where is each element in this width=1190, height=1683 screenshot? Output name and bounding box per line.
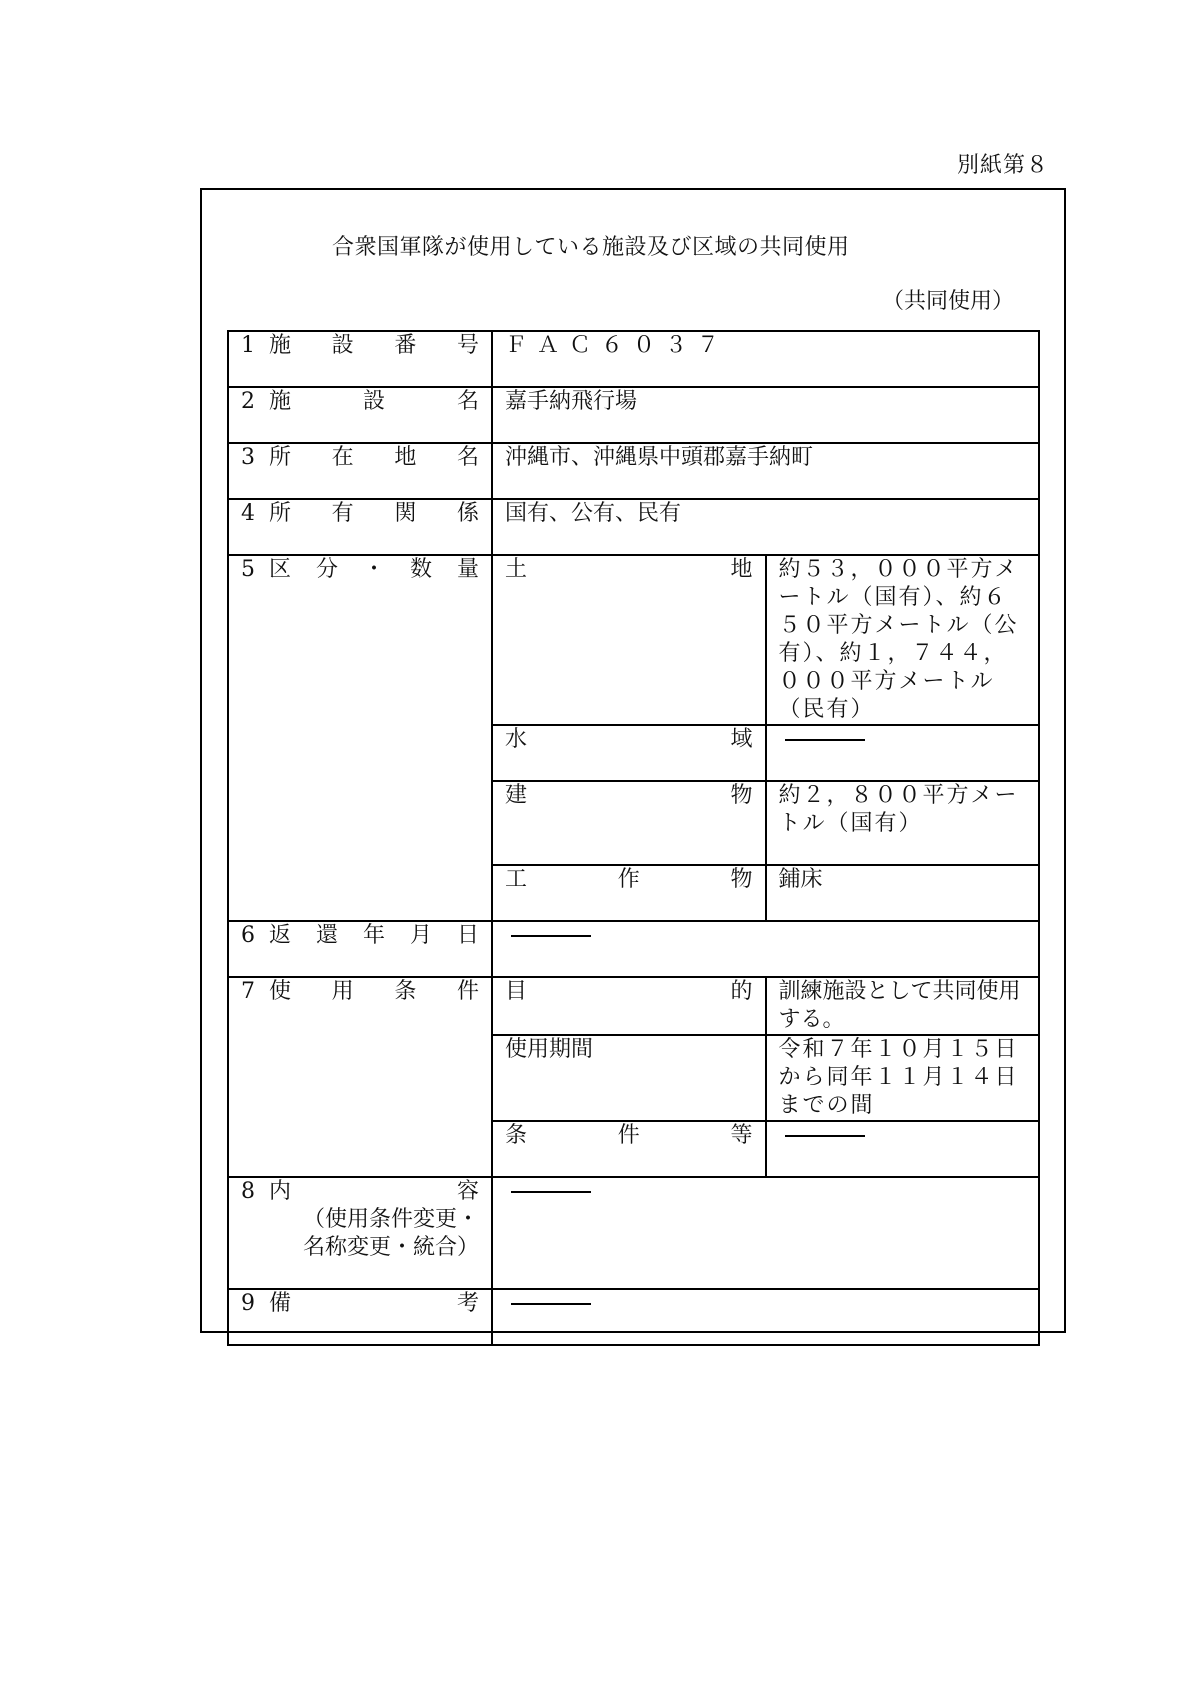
content-value [492,1177,1039,1289]
sub-label-water: 水域 [492,725,766,781]
label-char: 地 [730,556,752,584]
label-char: 数 [410,556,432,584]
label-char: 区 [269,556,291,584]
label-char: 使 [269,978,291,1006]
row-number: 3 [241,444,269,472]
label-char: 分 [316,556,338,584]
label-char: 名 [457,388,479,416]
label-char: 設 [363,388,385,416]
structure-value: 鋪床 [766,865,1040,921]
row-number: 8 [241,1178,269,1206]
sub-label-building: 建物 [492,781,766,865]
dash-placeholder [511,1303,591,1305]
row-number: 4 [241,500,269,528]
row-number: 2 [241,388,269,416]
location-value: 沖縄市、沖縄県中頭郡嘉手納町 [492,443,1039,499]
label-char: 還 [316,922,338,950]
sub-label-land: 土地 [492,555,766,725]
row-number: 1 [241,332,269,360]
label-char: ・ [363,556,385,584]
label-char: 係 [457,500,479,528]
land-value: 約５３，０００平方メートル（国有）、約６５０平方メートル（公有）、約１，７４４，… [766,555,1040,725]
label-char: 土 [505,556,527,584]
facility-name-value: 嘉手納飛行場 [492,387,1039,443]
label-char: 物 [730,866,752,894]
row-number: 9 [241,1290,269,1318]
dash-placeholder [511,1191,591,1193]
label-char: 返 [269,922,291,950]
sub-label-purpose: 目的 [492,977,766,1035]
label-char: 所 [269,500,291,528]
return-date-value [492,921,1039,977]
table-row-usage-purpose: 7 使 用 条 件 目的 訓練施設として共同使用する。 [228,977,1039,1035]
row-label: 6 返 還 年 月 日 [228,921,492,977]
row-label: 8 内 容 （使用条件変更・ 名称変更・統合） [228,1177,492,1289]
facility-table: 1 施 設 番 号 ＦＡＣ６０３７ 2 施 設 名 [227,330,1040,1346]
label-char: 的 [730,978,752,1006]
label-char: 備 [269,1290,291,1318]
label-char: 量 [457,556,479,584]
label-char: 名 [457,444,479,472]
label-char: 件 [618,1122,640,1150]
purpose-value: 訓練施設として共同使用する。 [766,977,1040,1035]
dash-placeholder [785,739,865,741]
row-number: 5 [241,556,269,584]
label-char: 用 [332,978,354,1006]
label-char: 件 [457,978,479,1006]
label-char: 設 [332,332,354,360]
label-char: 関 [394,500,416,528]
table-row-facility-name: 2 施 設 名 嘉手納飛行場 [228,387,1039,443]
row-label: 9 備 考 [228,1289,492,1345]
sub-label-structure: 工作物 [492,865,766,921]
water-value [766,725,1040,781]
label-char: 日 [457,922,479,950]
ownership-value: 国有、公有、民有 [492,499,1039,555]
conditions-value [766,1121,1040,1177]
row-label: 3 所 在 地 名 [228,443,492,499]
row-label: 2 施 設 名 [228,387,492,443]
label-char: 有 [332,500,354,528]
period-value: 令和７年１０月１５日から同年１１月１４日までの間 [766,1035,1040,1121]
label-char: 目 [505,978,527,1006]
label-char: 容 [457,1178,479,1206]
label-char: 所 [269,444,291,472]
label-char: 年 [363,922,385,950]
label-char: 工 [505,866,527,894]
label-char: 番 [394,332,416,360]
label-note: （使用条件変更・ [241,1206,479,1234]
label-char: 作 [618,866,640,894]
row-number: 7 [241,978,269,1006]
label-char: 物 [730,782,752,810]
label-char: 内 [269,1178,291,1206]
dash-placeholder [785,1135,865,1137]
document-subtitle: （共同使用） [882,284,1014,315]
facility-number-value: ＦＡＣ６０３７ [492,331,1039,387]
building-value: 約２，８００平方メートル（国有） [766,781,1040,865]
row-label: 7 使 用 条 件 [228,977,492,1177]
table-row-return-date: 6 返 還 年 月 日 [228,921,1039,977]
sub-label-conditions: 条件等 [492,1121,766,1177]
table-row-category-land: 5 区 分 ・ 数 量 土地 約５３，０００平方メートル（国有）、約６５０平方メ… [228,555,1039,725]
label-char: 施 [269,332,291,360]
row-label: 4 所 有 関 係 [228,499,492,555]
row-number: 6 [241,922,269,950]
table-row-ownership: 4 所 有 関 係 国有、公有、民有 [228,499,1039,555]
remarks-value [492,1289,1039,1345]
dash-placeholder [511,935,591,937]
label-char: 地 [394,444,416,472]
label-char: 域 [730,726,752,754]
label-char: 号 [457,332,479,360]
label-char: 建 [505,782,527,810]
document-frame: 合衆国軍隊が使用している施設及び区域の共同使用 （共同使用） 1 施 設 番 号… [200,188,1066,1333]
label-note: 名称変更・統合） [241,1234,479,1262]
label-char: 施 [269,388,291,416]
label-char: 考 [457,1290,479,1318]
row-label: 1 施 設 番 号 [228,331,492,387]
sub-label-period: 使用期間 [492,1035,766,1121]
table-row-content: 8 内 容 （使用条件変更・ 名称変更・統合） [228,1177,1039,1289]
annex-label: 別紙第８ [957,148,1049,179]
row-label: 5 区 分 ・ 数 量 [228,555,492,921]
label-char: 月 [410,922,432,950]
label-char: 水 [505,726,527,754]
table-row-facility-number: 1 施 設 番 号 ＦＡＣ６０３７ [228,331,1039,387]
table-row-location: 3 所 在 地 名 沖縄市、沖縄県中頭郡嘉手納町 [228,443,1039,499]
label-char: 等 [730,1122,752,1150]
label-char: 条 [394,978,416,1006]
document-title: 合衆国軍隊が使用している施設及び区域の共同使用 [332,230,850,261]
table-row-remarks: 9 備 考 [228,1289,1039,1345]
label-char: 在 [332,444,354,472]
label-char: 条 [505,1122,527,1150]
